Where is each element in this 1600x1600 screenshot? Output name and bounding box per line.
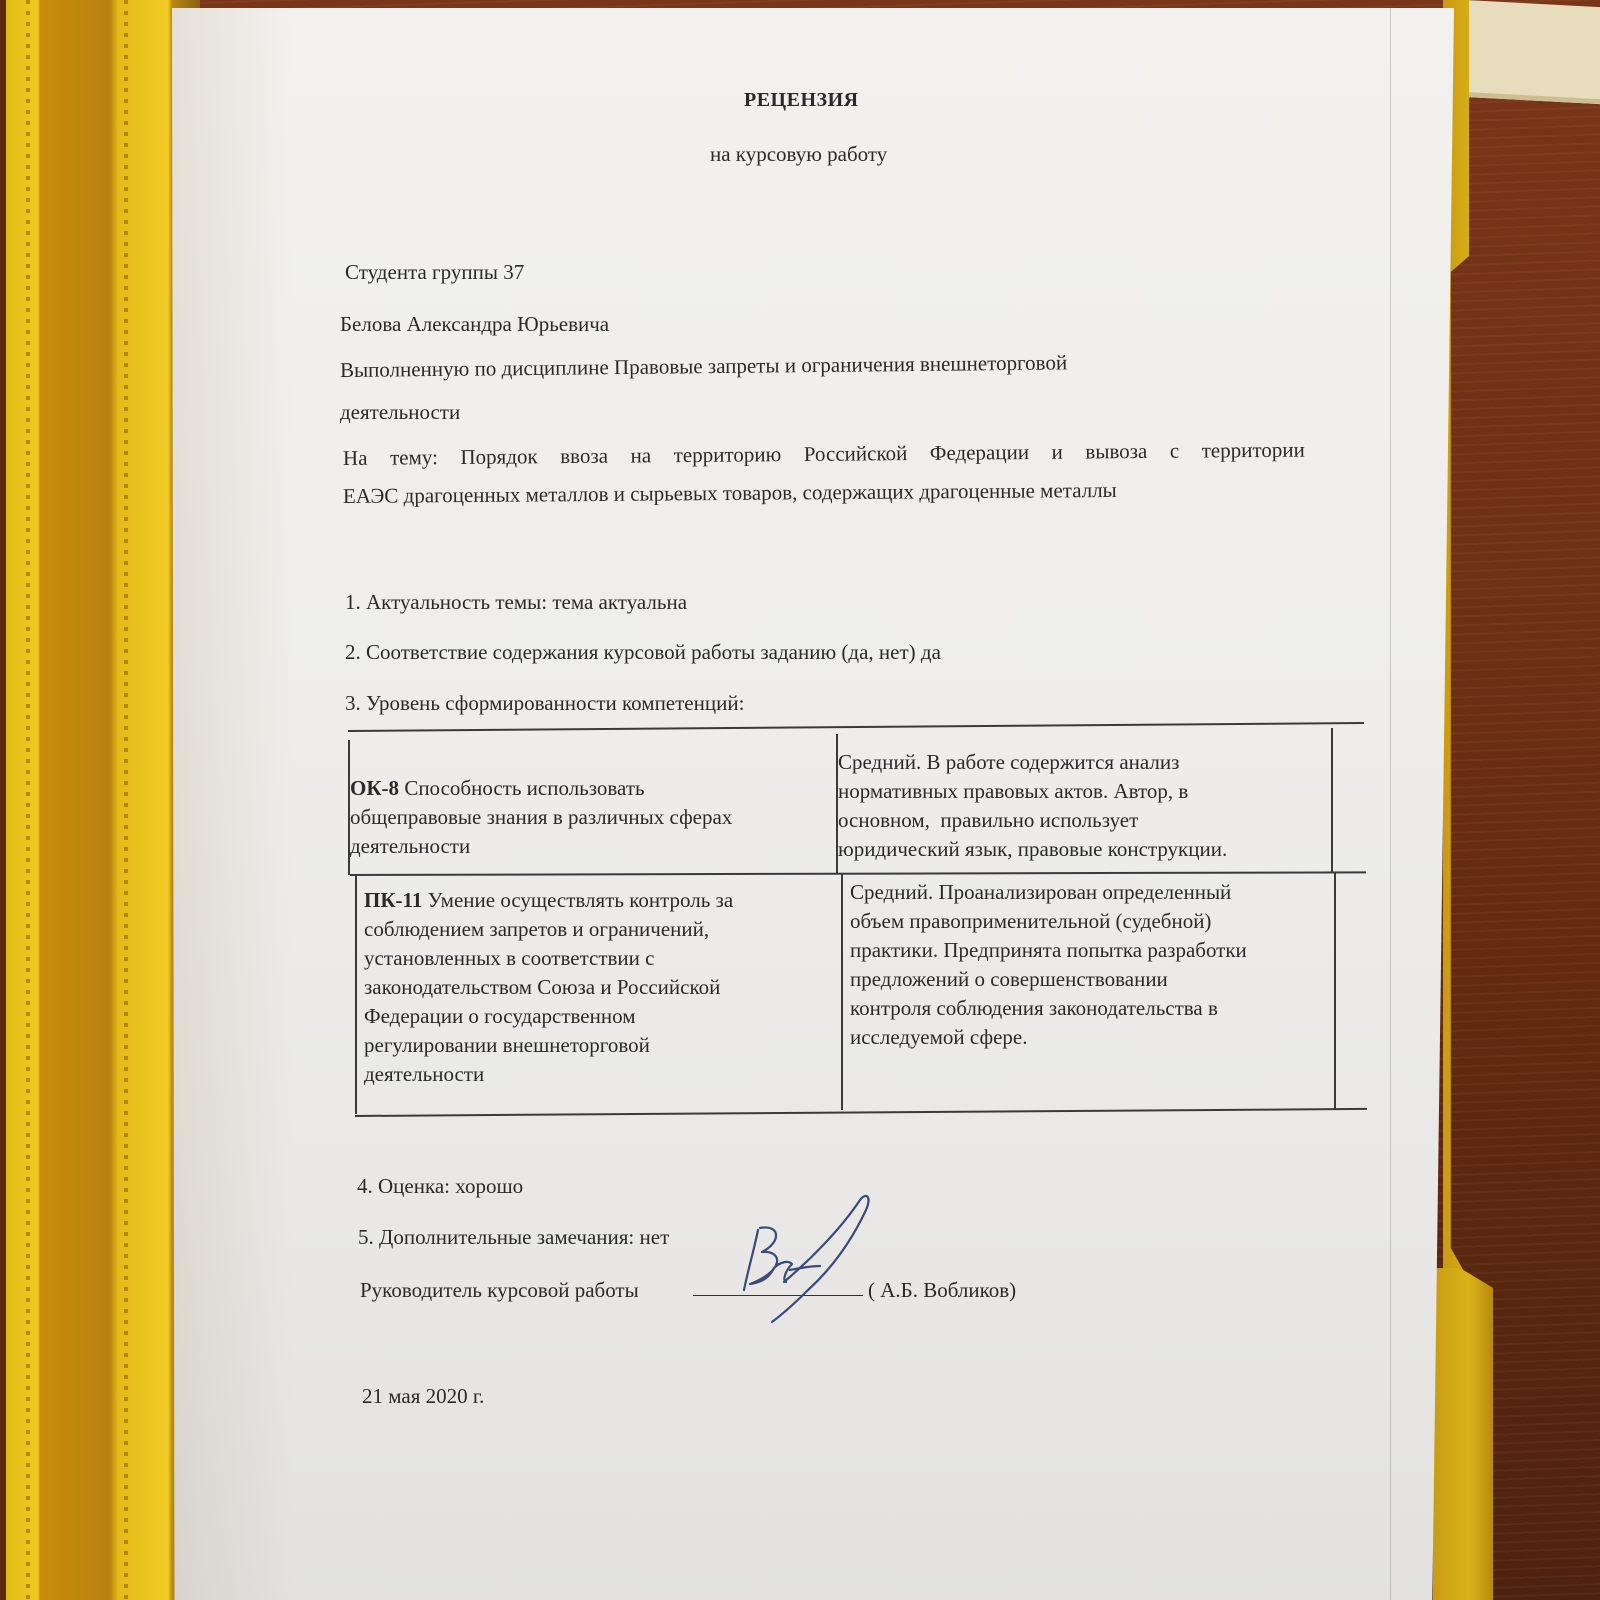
topic-word: Порядок [460, 446, 537, 468]
topic-word: тему: [390, 447, 438, 468]
topic-word: На [343, 448, 368, 469]
document-title: РЕЦЕНЗИЯ [744, 90, 859, 110]
yellow-folder-right-tab [1433, 1268, 1493, 1600]
topic-word: вывоза [1085, 441, 1147, 463]
competency-code: ПК-11 [364, 888, 422, 912]
folder-stitch [124, 0, 128, 1600]
competency-pk11-assessment: Средний. Проанализирован определенный об… [850, 878, 1330, 1052]
background-sheet [1465, 0, 1600, 104]
yellow-folder-left [0, 0, 200, 1600]
topic-word: и [1051, 442, 1062, 463]
competency-ok8-description: ОК-8 Способность использовать общеправов… [350, 774, 830, 861]
topic-word: Федерации [930, 442, 1029, 464]
grade: 4. Оценка: хорошо [357, 1176, 523, 1197]
student-group: Студента группы 37 [345, 262, 524, 283]
topic-word: с [1170, 441, 1180, 462]
paper-fold-line [1390, 8, 1391, 1600]
competency-code: ОК-8 [350, 776, 399, 800]
competency-ok8-assessment: Средний. В работе содержится анализ норм… [838, 748, 1328, 864]
topic-word: Российской [804, 443, 908, 465]
folder-stitch [26, 0, 30, 1600]
item-compliance: 2. Соответствие содержания курсовой рабо… [345, 642, 941, 663]
topic-word: территории [1202, 440, 1305, 462]
discipline-line-2: деятельности [340, 402, 460, 423]
topic-word: на [630, 445, 651, 466]
document-subtitle: на курсовую работу [710, 144, 887, 165]
item-relevance: 1. Актуальность темы: тема актуальна [345, 592, 687, 613]
supervisor-label: Руководитель курсовой работы [360, 1280, 639, 1301]
additional-remarks: 5. Дополнительные замечания: нет [358, 1227, 669, 1248]
handwritten-signature [720, 1190, 900, 1330]
review-date: 21 мая 2020 г. [362, 1386, 484, 1407]
topic-word: территорию [674, 444, 782, 466]
topic-word: ввоза [560, 446, 608, 467]
student-name: Белова Александра Юрьевича [340, 314, 609, 335]
item-competency-level: 3. Уровень сформированности компетенций: [345, 693, 744, 714]
competency-pk11-description: ПК-11 Умение осуществлять контроль за со… [364, 886, 834, 1089]
